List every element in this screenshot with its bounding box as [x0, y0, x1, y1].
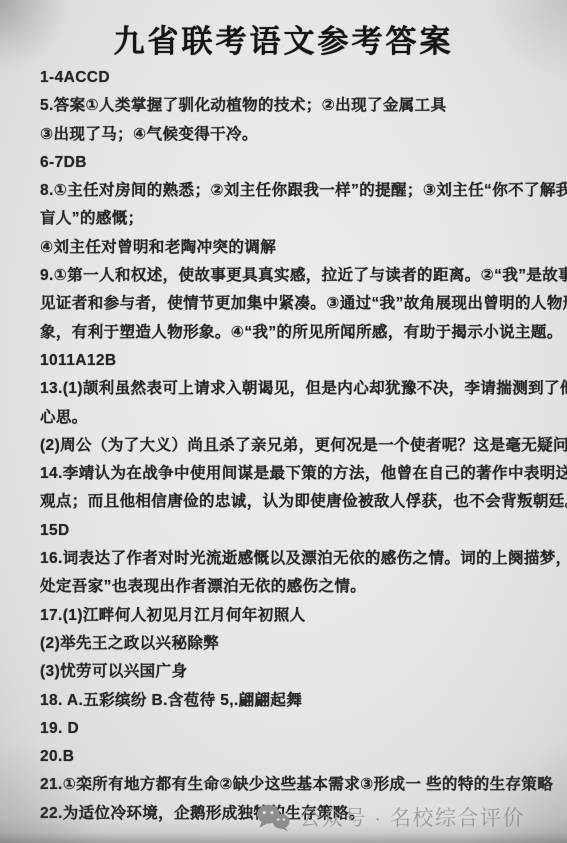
wechat-icon [256, 803, 290, 832]
page-title: 九省联考语文参考答案 [0, 16, 567, 61]
answer-line: 见证者和参与者，使情节更加集中紧凑。③通过“我”故角展现出曾明的人物形 [40, 290, 540, 318]
answer-line: 17.(1)江畔何人初见月江月何年初照人 [40, 602, 540, 630]
answer-line: 8.①主任对房间的熟悉；②刘主任你跟我一样”的提醒；③刘主任“你不了解我们 [40, 177, 540, 205]
photographed-answer-sheet: 九省联考语文参考答案 1-4ACCD 5.答案①人类掌握了驯化动植物的技术；②出… [0, 0, 567, 843]
answer-line: 21.①栾所有地方都有生命②缺少这些基本需求③形成一 些的特的生存策略 [40, 771, 540, 799]
answer-line: 9.①第一人和权述，使故事更具真实感，拉近了与读者的距离。②“我”是故事的 [40, 262, 540, 290]
answer-line: 20.B [40, 743, 540, 771]
answer-line: 1-4ACCD [40, 64, 540, 92]
watermark-label: 公众号 · 名校综合评价 [299, 802, 525, 832]
answers-body: 1-4ACCD 5.答案①人类掌握了驯化动植物的技术；②出现了金属工具 ③出现了… [40, 64, 540, 828]
answer-line: ④刘主任对曾明和老陶冲突的调解 [40, 234, 540, 262]
answer-line: 心思。 [40, 404, 540, 432]
answer-line: 6-7DB [40, 149, 540, 177]
answer-line: 15D [40, 517, 540, 545]
answer-line: 象，有利于塑造人物形象。④“我”的所见所闻所感，有助于揭示小说主题。 [40, 319, 540, 347]
wechat-watermark: 公众号 · 名校综合评价 [256, 802, 525, 832]
answer-line: 处定吾家”也表现出作者漂泊无依的感伤之情。 [40, 573, 540, 601]
answer-line: 盲人”的感慨； [40, 205, 540, 233]
answer-line: 16.词表达了作者对时光流逝感慨以及漂泊无依的感伤之情。词的上阕描梦，何 [40, 545, 540, 573]
answer-line: 5.答案①人类掌握了驯化动植物的技术；②出现了金属工具 [40, 92, 540, 120]
answer-line: (2)周公（为了大义）尚且杀了亲兄弟，更何况是一个使者呢？这是毫无疑问的！ [40, 432, 540, 460]
answer-line: (2)举先王之政以兴秘除弊 [40, 630, 540, 658]
answer-line: 1011A12B [40, 347, 540, 375]
answer-line: 观点；而且他相信唐俭的忠诚，认为即使唐俭被敌人俘获，也不会背叛朝廷。 [40, 488, 540, 516]
answer-line: (3)忧劳可以兴国广身 [40, 658, 540, 686]
answer-line: 18. A.五彩缤纷 B.含苞待 5,.翩翩起舞 [40, 687, 540, 715]
answer-line: 14.李靖认为在战争中使用间谋是最下策的方法，他曾在自己的著作中表明这一 [40, 460, 540, 488]
answer-line: ③出现了马；④气候变得干冷。 [40, 121, 540, 149]
answer-line: 19. D [40, 715, 540, 743]
answer-line: 13.(1)颉利虽然表可上请求入朝谒见，但是内心却犹豫不决，李请揣测到了他的 [40, 375, 540, 403]
